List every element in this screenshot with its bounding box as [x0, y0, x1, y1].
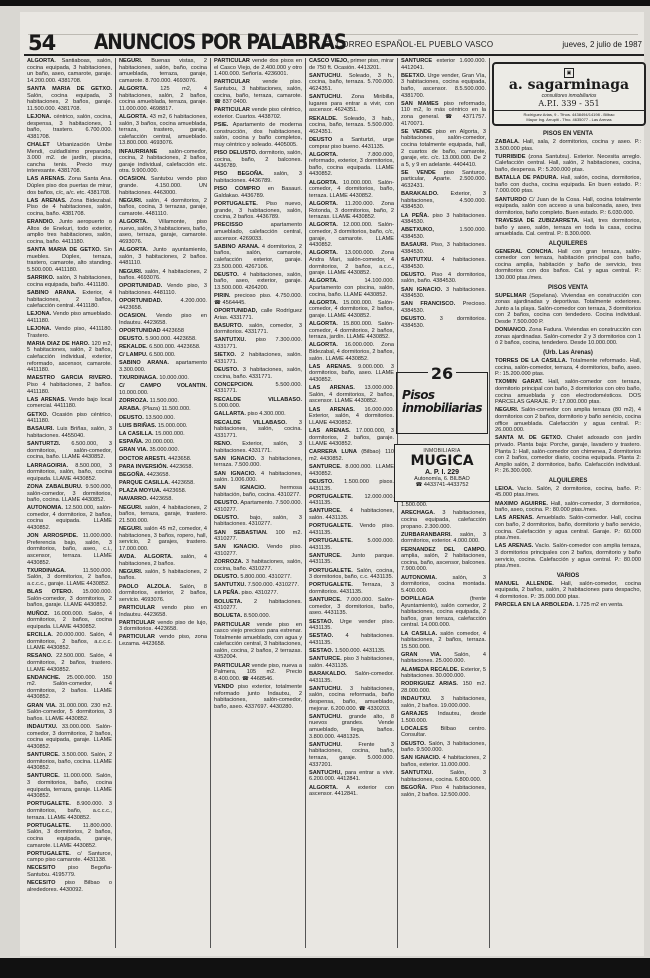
classified-ad: PARTICULAR vende piso, nueva a Palmera, …	[214, 663, 302, 683]
classified-ad: DEUSTO. 3 dormitorios. 4384530.	[401, 316, 486, 329]
classified-ad: CARRERA LUNA (Bilbao) 110 m2. 4430852.	[309, 449, 394, 462]
classified-ad: PARTICULAR vende dos pisos en el Casco V…	[214, 58, 302, 78]
classified-ad: LA CASILLA. salón comedor, 4 habitacione…	[401, 631, 486, 651]
classified-ad: LARRAGOIRIA. 8.500.000, 3 dormitorios, s…	[27, 463, 112, 483]
classified-ad: TXOMIN GARAT. Hall, salón-comedor con te…	[495, 379, 641, 405]
subsection-heading: ALQUILERES	[495, 478, 641, 484]
classified-ad: TXURDINAGA. 10.000.000.	[119, 375, 207, 382]
classified-ad: SARRIKO. salón, 3 habitaciones, cocina e…	[27, 275, 112, 288]
classified-ad: JON ARROSPIDE. 11.000.000. Preferencia b…	[27, 533, 112, 566]
section-number: 26	[397, 364, 487, 383]
classified-ad: LOCALES Bilbao centro. Consultar.	[401, 726, 486, 739]
classified-ad: SABINO ARANA. Exterior, 4 habitaciones, …	[27, 290, 112, 310]
classified-ad: NEGURI. salón, 5 habitaciones, 2 baños.	[119, 569, 207, 582]
classified-ad: ALGORTA. Junto ayuntamiento, salón, 3 ha…	[119, 247, 207, 267]
classified-ad: SAN MAMES piso reformado, 110 m2, lo más…	[401, 101, 486, 127]
sagarminaga-ad-box: ▣ a. sagarminaga consultores inmobiliari…	[492, 62, 646, 126]
classified-ad: LAS ARENAS. Amueblado. Salón-comedor. Ha…	[495, 515, 641, 541]
classified-ad: SABINO ARANA. apartamento 3.300.000.	[119, 360, 207, 373]
classified-ad: PISO COMPRO en Basauri. Galdakao. 443678…	[214, 186, 302, 199]
classified-ad: GALLARTA. piso 4.300.000.	[214, 411, 302, 418]
classified-ad: LUIS BRIÑAS. 15.000.000.	[119, 423, 207, 430]
classified-ad: PLAZA MOYUA. 4423658.	[119, 488, 207, 495]
classified-ad: INDAUTXU. 33.000.000. Salón-comedor, 3 d…	[27, 724, 112, 750]
classified-ad: LA CASILLA. 15.000.000.	[119, 431, 207, 438]
column-4: CASCO VIEJO, primer piso, mirar de 750 f…	[306, 58, 398, 948]
classified-ad: VENDO piso exterior, totalmente reformad…	[214, 684, 302, 710]
classified-ad: CHALET Urbanización Umbe Mendi, cuidadís…	[27, 142, 112, 175]
classified-ad: DEUSTO a Santurtzi, urge comprar piso bu…	[309, 137, 394, 150]
classified-ad: ERANDIO. Junto aeropuerto o Altos de Ene…	[27, 219, 112, 245]
classified-ad: SANTURCE. piso 3 habitaciones, salón. 44…	[309, 656, 394, 669]
classified-ad: DONIANCO. Zona Fadura. Viviendas en cons…	[495, 327, 641, 347]
classified-ad: SANTURCE. Junto parque. 4431135.	[309, 553, 394, 566]
classified-ad: SANTURCE. 3.500.000. Salón, 2 dormitorio…	[27, 752, 112, 772]
classified-ad: PARTICULAR vende piso. Santutxu, 3 habit…	[214, 79, 302, 105]
classified-ad: SAN IGNACIO. Vendo piso. 4310277.	[214, 544, 302, 557]
section-name: Pisos inmobiliarias	[402, 389, 482, 415]
column-5: SANTURCE exterior 1.600.000. 4412041.BEE…	[398, 58, 490, 948]
column-2: NEGURI. Buenas vistas, 2 habitaciones, s…	[116, 58, 211, 948]
classified-ad: NEGURI. Salón-comedor con amplia terraza…	[495, 407, 641, 433]
classified-ad: SAN IGNACIO. 3 habitaciones, terraza. 7.…	[214, 456, 302, 469]
classified-ad: TURRIBIDE (zona Santutxu). Exterior. Nec…	[495, 154, 641, 174]
classified-ad: SANTA M. DE GETXO. Chalet adosado con ja…	[495, 435, 641, 475]
classified-ad: DOCTOR ARESTI. 4423658.	[119, 456, 207, 463]
classified-ad: BOLUETA. 8.500.000.	[214, 613, 302, 620]
classified-ad: LA PEÑA. piso 3 habitaciones. 4384530.	[401, 213, 486, 226]
classified-ad: SANTURCE. 8.000.000. LLAME 4430852.	[309, 464, 394, 477]
classified-ad: SANTA MARIA DE GETXO. Sin muebles. Dúple…	[27, 247, 112, 273]
classified-ad: LAS ARENAS. 17.000.000, 3 dormitorios, 2…	[309, 428, 394, 448]
classified-ad: SANTUCHU, para entrar a vivir. 6.200.000…	[309, 770, 394, 783]
classified-ad: SIETXO. 2 habitaciones, salón. 4331771.	[214, 352, 302, 365]
classified-ad: BEGOÑA. Piso 4 habitaciones, salón, 2 ba…	[401, 785, 486, 798]
classified-ad: ALGORTA. Santiaboas, salón, cocina equip…	[27, 58, 112, 84]
classified-ad: BEGOÑA. 4423658.	[119, 472, 207, 479]
newspaper-name: EL CORREO ESPAÑOL-EL PUEBLO VASCO	[324, 40, 493, 49]
classified-ad: RODRIGUEZ ARIAS. 150 m2. 28.000.000.	[401, 681, 486, 694]
classified-ad: PAOLO ALZOLA. Salón, 8 dormitorios, exte…	[119, 584, 207, 604]
classified-ad: SANTUTXU. 4 habitaciones. 4384530.	[401, 257, 486, 270]
classified-ad: ALGORTA. 10.000.000. Salón-comedor, 4 do…	[309, 180, 394, 200]
classified-ad: ERCILLA. 20.000.000. Salón, 4 dormitorio…	[27, 632, 112, 652]
classified-ad: SAN IGNACIO. 3 habitaciones. 4384530.	[401, 287, 486, 300]
classified-ad: PORTUGALETE. Terraza, 3 dormitorios. 443…	[309, 582, 394, 595]
classified-ad: ABETXUKO, 1.500.000. 4384530.	[401, 227, 486, 240]
classified-ad: SANTURTZI. 6.500.000, 3 dormitorios, sal…	[27, 441, 112, 461]
classified-ad: SAN IGNACIO. hermosa habitación, baño, c…	[214, 485, 302, 498]
classified-ad: SE VENDE piso en Algorta, 3 habitaciones…	[401, 129, 486, 169]
classified-ad: ARECHAGA. 3 habitaciones, cocina equipad…	[401, 510, 486, 530]
classified-ad: PRECISSO apartamento amueblado, calefacc…	[214, 222, 302, 242]
classified-ad: LAS ARENAS. Vendo bajo local comercial. …	[27, 397, 112, 410]
classified-ad: DEUSTO. 5.800.000. 4310277.	[214, 574, 302, 581]
classified-ad: BEETXO. Urge vender, Gran Vía, 3 habitac…	[401, 73, 486, 99]
classified-ad: MUÑOZ. 16.000.000. Salón, 4 dormitorios,…	[27, 611, 112, 631]
classified-ad: LAS ARENAS. Zona Santa Ana. Dúplex piso …	[27, 176, 112, 196]
classified-ad: DEUSTO. 5.900.000. 4423658.	[119, 336, 207, 343]
classified-ad: CONCEPCION. 5.500.000. 4331771.	[214, 382, 302, 395]
classified-ad: SANTUCHU. 3 habitaciones, salón, cocina …	[309, 686, 394, 712]
classified-ad: PORTUGALETE. c/ Santurce, campo piso cam…	[27, 851, 112, 864]
classified-ad: NEGURI. salón, 4 dormitorios, 2 baños, c…	[119, 198, 207, 218]
classified-ad: SANTURCE. 11.000.000. Salón, 3 dormitori…	[27, 773, 112, 799]
classified-ad: NAVARRO. 4423658.	[119, 496, 207, 503]
classified-ad: DEUSTO. bajo, salón, 3 habitaciones. 431…	[214, 515, 302, 528]
classified-ad: SAN IGNACIO. 4 habitaciones, 2 baños, ex…	[401, 755, 486, 768]
phone-number: ☎ 4433741-4433752	[395, 482, 489, 488]
classified-ad: RENO. Exterior, salón, 3 habitaciones. 4…	[214, 441, 302, 454]
classified-ad: TXURDINAGA. 11.500.000. Salón, 3 dormito…	[27, 568, 112, 588]
classified-ad: ALGORTA. 13.000.000. Zona Andra Mari, sa…	[309, 250, 394, 276]
classified-ad: SANTUCHU. Zona Miribilla, lugares para e…	[309, 94, 394, 114]
classified-ad: ALGORTA. 125 m2, 4 habitaciones, salón, …	[119, 86, 207, 112]
classified-ad: ALGORTA. 15.800.000. Salón-comedor, 4 do…	[309, 321, 394, 341]
classified-ad: ALGORTA. 16.000.000. Zona Bidezabal, 4 d…	[309, 342, 394, 362]
classified-ad: SANTURCE exterior 1.600.000. 4412041.	[401, 58, 486, 71]
classified-ad: OCASION. Vendo piso en Indautxu. 4423658…	[119, 313, 207, 326]
mugica-name: MUGICA	[395, 454, 489, 469]
classified-ad: DEUSTO. 3 habitaciones, salón, cocina, b…	[214, 367, 302, 380]
classified-ad: PARA INVERSIÓN. 4423658.	[119, 464, 207, 471]
classified-ad: PARQUE CASILLA. 4423658.	[119, 480, 207, 487]
section-26-box: 26 Pisos inmobiliarias	[396, 372, 488, 434]
classified-ad: DEUSTO. 4 habitaciones, salón, baño, ase…	[214, 272, 302, 292]
classified-ad: DEUSTO. 1.500.000 pisos. 4431135.	[309, 479, 394, 492]
page-header: 54 ANUNCIOS POR PALABRAS EL CORREO ESPAÑ…	[24, 34, 644, 56]
subsection-heading: PISOS VENTA	[495, 285, 641, 291]
scan-bottom-edge	[0, 958, 650, 978]
classified-ad: ZORROZA. 11.500.000.	[119, 398, 207, 405]
classified-ad: MAESTRO GARCIA RIVERO. Piso 4 habitacion…	[27, 375, 112, 395]
classified-ad: PARTICULAR vendo piso de lujo, 3 dormito…	[119, 620, 207, 633]
classified-ad: ALGORTA. 12.000.000. Salón-comedor, 3 do…	[309, 222, 394, 248]
agency-api: A.P.I. 339 - 351	[494, 99, 644, 108]
column-sagarminaga-listings: PISOS EN VENTAZABALA. Hall, sala, 2 dorm…	[492, 128, 644, 948]
classified-ad: AVDA. ALGORTA. salón, 4 habitaciones, 2 …	[119, 554, 207, 567]
classified-ad: BARAKALDO. Exterior, 3 habitaciones, 4.5…	[401, 191, 486, 211]
classified-ad: BASURTO. salón, comedor, 3 dormitorios. …	[214, 323, 302, 336]
classified-ad: ZORROZA. 3 habitaciones, salón, cocina, …	[214, 559, 302, 572]
classified-ad: C/ LAMPU. 6.500.000.	[119, 352, 207, 359]
classified-ad: SANTURCE. 4 habitaciones, salón. 4431135…	[309, 508, 394, 521]
section-title: ANUNCIOS POR PALABRAS	[94, 30, 346, 54]
classified-ad: ZABALA. Hall, sala, 2 dormitorios, cocin…	[495, 139, 641, 152]
classified-ad: DEUSTO. Apartamento. 7.500.000. 4310277.	[214, 500, 302, 513]
classified-ad: PARCELA EN LA ARBOLEDA. 1.725 m2 en vent…	[495, 602, 641, 609]
classified-ad: INDAUTXU. 3 habitaciones, salón, 2 baños…	[401, 696, 486, 709]
classified-ad: ESPAÑA. 20.000.000.	[119, 439, 207, 446]
classified-ad: TRAVESIA DE ZUBIZARRETA. Hall, tres dorm…	[495, 218, 641, 238]
column-3: PARTICULAR vende dos pisos en el Casco V…	[211, 58, 306, 948]
classified-ad: RESANO. 22.500.000. Salón, 4 dormitorios…	[27, 653, 112, 673]
classified-ad: SANTUTXU. 7.500.000. 4310277.	[214, 582, 302, 589]
classified-ad: DEUSTO. Piso 4 dormitorios, salón, baño.…	[401, 272, 486, 285]
issue-date: jueves, 2 julio de 1987	[562, 40, 642, 49]
classified-ad: SESTAO. 1.500.000. 4431135.	[309, 648, 394, 655]
mugica-ad-box: INMOBILIARIA MUGICA A. P. I. 229 Autonom…	[394, 444, 490, 502]
classified-ad: PORTUGALETE. 12.000.000. 4431135.	[309, 494, 394, 507]
subsection-heading: ALQUILERES	[495, 241, 641, 247]
classified-ad: LAS ARENAS. 9.000.000. 3 dormitorios, ba…	[309, 364, 394, 384]
classified-ad: CASCO VIEJO, primer piso, mirar de 750 f…	[309, 58, 394, 71]
classified-ad: NECESITO piso Begoña-Santutxu. 4195779.	[27, 865, 112, 878]
classified-ad: NECESITO piso Bilbao o alrededores. 4430…	[27, 880, 112, 893]
classified-ad: ZONA ZABALBURU. 9.500.000, salón-comedor…	[27, 484, 112, 504]
agency-name: a. sagarminaga	[494, 78, 644, 93]
classified-ad: PISO BEGOÑA. salón, 3 habitaciones. 4436…	[214, 171, 302, 184]
classified-ad: LAS ARENAS. 16.000.000. Exterior, salón,…	[309, 407, 394, 427]
classified-ad: NEGURI. salón, 4 habitaciones, 2 baños. …	[119, 269, 207, 282]
classified-ad: PISO DELUSTO. dormitorio, salón, cocina,…	[214, 150, 302, 170]
classified-ad: PORTUGALETE. Salón, cocina, 3 dormitorio…	[309, 568, 394, 581]
classified-ad: SE VENDE piso Santurce, particular, Apar…	[401, 170, 486, 190]
classified-ad: OPORTUNIDAD, calle Rodríguez Arias. 4331…	[214, 308, 302, 321]
classified-ad: MAXIMO AGUIRRE. Hall, salón-comedor, 3 d…	[495, 501, 641, 514]
classified-ad: OPORTUNIDAD. Vendo piso, 3 habitaciones.…	[119, 283, 207, 296]
subsection-heading: (Urb. Las Arenas)	[495, 350, 641, 356]
classified-ad: BATALLA DE PADURA. Hall, salón, cocina, …	[495, 175, 641, 195]
classified-ad: SANTURDO C/ Juan de la Cosa. Hall, cocin…	[495, 197, 641, 217]
classified-ad: ALGORTA. 7.800.000, reformado, exterior,…	[309, 152, 394, 178]
classified-ad: MARIA DIAZ DE HARO. 120 m2, 5 habitacion…	[27, 341, 112, 374]
classified-ad: GRAN VIA. Salón, 4 habitaciones. 25.000.…	[401, 652, 486, 665]
classified-ad: SANTUTXU. Salón, 3 habitaciones, cocina.…	[401, 770, 486, 783]
classified-ad: LEJONA. céntrico, salón, cocina, despens…	[27, 114, 112, 140]
classified-ad: MANUEL ALLENDE. Hall, salón-comedor, coc…	[495, 581, 641, 601]
classified-ad: SAN IGNACIO. 4 habitaciones, salón. 1.00…	[214, 471, 302, 484]
classified-ad: TORRES DE LA CASILLA. Totalmente reforma…	[495, 358, 641, 378]
column-1: ALGORTA. Santiaboas, salón, cocina equip…	[24, 58, 116, 948]
page-number: 54	[28, 31, 55, 55]
classified-ad: PORTUGALETE. Vendo piso. 4431135.	[309, 523, 394, 536]
classified-ad: REKALDE. Soleado, 3 hab., cocina, baño, …	[309, 116, 394, 136]
classified-ad: SANTUTXU. piso 7.300.000. 4331771.	[214, 337, 302, 350]
classified-ad: SANTUCHU. grande alto, 8 nuevos grandes.…	[309, 714, 394, 740]
classified-ad: AUTONOMIA. 12.500.000, salón-comedor, 4 …	[27, 505, 112, 531]
classified-ad: SANTUCHU. Frente 3 habitaciones, cocina,…	[309, 742, 394, 768]
classified-ad: LEJONA. Vendo piso, 4411180. Trastero.	[27, 326, 112, 339]
classified-ad: DEUSTO. 13.500.000.	[119, 415, 207, 422]
classified-ad: OPORTUNIDAD. 4.200.000. 4423658.	[119, 298, 207, 311]
classified-ad: PARTICULAR vendo piso en Indautxu. 44236…	[119, 605, 207, 618]
classified-ad: ENDANCHE. 25.000.000. 150 m2. Salón-come…	[27, 675, 112, 701]
classified-columns: ALGORTA. Santiaboas, salón, cocina equip…	[24, 58, 644, 950]
classified-ad: REKALDE. 6.500.000. 4423658.	[119, 344, 207, 351]
classified-ad: ARABA. (Plaza) 11.500.000.	[119, 406, 207, 413]
classified-ad: PORTUGALETE. 8.900.000. 3 dormitorios, b…	[27, 801, 112, 821]
classified-ad: INFAURRIANE salón-comedor, cocina, 2 hab…	[119, 149, 207, 175]
classified-ad: PORTUGALETE. 11.800.000. Salón, 3 dormit…	[27, 823, 112, 849]
classified-ad: PSIE. Apartamento de moderna construcció…	[214, 122, 302, 148]
classified-ad: BOLUETA. 2 habitaciones. 4310277.	[214, 599, 302, 612]
classified-ad: GRAN VIA. 31.000.000. 230 m2. Salón-come…	[27, 703, 112, 723]
classified-ad: ALGORTA. A exterior con ascensor. 441284…	[309, 785, 394, 798]
classified-ad: PARTICULAR vendo piso, zona Lezama. 4423…	[119, 634, 207, 647]
classified-ad: PARTICULAR vende piso en casco viejo pre…	[214, 622, 302, 662]
classified-ad: LA PEÑA. piso. 4310277.	[214, 590, 302, 597]
classified-ad: PORTUGALETE. Piso nuevo, grande, 3 habit…	[214, 201, 302, 221]
classified-ad: BASAURI. Luis Briñas, salón, 3 habitacio…	[27, 426, 112, 439]
classified-ad: DEUSTO. Salón, 3 habitaciones, baño. 9.5…	[401, 741, 486, 754]
classified-ad: LEIOA. Vacío. Salón, 2 dormitorios, coci…	[495, 486, 641, 499]
classified-ad: C/ CAMPO VOLANTIN. 10.000.000.	[119, 383, 207, 396]
agency-address: Rodríguez Arias, 9 - Tfnos. 4438494/1419…	[494, 110, 644, 122]
classified-ad: ALGORTA. 11.200.000. Zona Rotonda, 3 dor…	[309, 201, 394, 221]
subsection-heading: VARIOS	[495, 573, 641, 579]
classified-ad: PORTUGALETE. 5.000.000. 4431135.	[309, 538, 394, 551]
classified-ad: GARAJES Indautxu, desde 1.500.000.	[401, 711, 486, 724]
classified-ad: GETXO. Ocasión piso céntrico, 4411180.	[27, 412, 112, 425]
classified-ad: LAS ARENAS. Zona Bidezabal. Piso de 4 ha…	[27, 198, 112, 218]
classified-ad: ALGORTA. Villamonte, piso nuevo, salón, …	[119, 219, 207, 245]
classified-ad: GENERAL CONCHA. Hall con gran terraza, s…	[495, 249, 641, 282]
classified-ad: PIRIN. precioso piso. 4.750.000. ☎ 45644…	[214, 293, 302, 306]
classified-ad: SANTA MARIA DE GETXO. Salón, cocina equi…	[27, 86, 112, 112]
classified-ad: LAS ARENAS. 13.000.000. Salón, 4 dormito…	[309, 385, 394, 405]
classified-ad: GRAN VIA. 35.000.000.	[119, 447, 207, 454]
classified-ad: BASAURI. Piso, 3 habitaciones. 4384530.	[401, 242, 486, 255]
classified-ad: ALGORTA. 14.100.000. Apartamento con pis…	[309, 278, 394, 298]
classified-ad: SAN SEBASTIAN. 100 m2. 4310277.	[214, 530, 302, 543]
classified-ad: ALGORTA. 15.000.000. Salón-comedor, 4 do…	[309, 300, 394, 320]
classified-ad: RECALDE VILLABASO. 5.000.000.	[214, 397, 302, 410]
classified-ad: BLAS OTERO. 15.000.000. Salón-comedor, 3…	[27, 589, 112, 609]
classified-ad: ALAMEDA RECALDE. Exterior, 5 habitacione…	[401, 667, 486, 680]
classified-ad: OCASION. Santutxu vendo piso grande. 4.1…	[119, 176, 207, 196]
classified-ad: RECALDE VILLABASO. 3 habitaciones, salón…	[214, 420, 302, 440]
classified-ad: ZURBARANBARRI. salón, 3 dormitorios, ext…	[401, 532, 486, 545]
classified-ad: SABINO ARANA. 4 dormitorios, 2 baños, sa…	[214, 244, 302, 270]
classified-ad: SESTAO. 4 habitaciones. 4431135.	[309, 633, 394, 646]
classified-ad: SANTURCE. 7.000.000. Salón-comedor, 3 do…	[309, 597, 394, 617]
classified-ad: SAN FRANCISCO. Precioso. 4384530.	[401, 301, 486, 314]
classified-ad: LAS ARENAS. Vacío. Salón-comedor con amp…	[495, 543, 641, 569]
classified-ad: NEGURI. Buenas vistas, 2 habitaciones, s…	[119, 58, 207, 84]
classified-ad: FERNANDEZ DEL CAMPO. amplia, salón, 2 ha…	[401, 547, 486, 573]
classified-ad: BARAKALDO. Salón-comedor. 4431135.	[309, 671, 394, 684]
subsection-heading: PISOS EN VENTA	[495, 131, 641, 137]
classified-ad: OPORTUNIDAD 4423658	[119, 328, 207, 335]
classified-ad: SESTAO. Urge vender piso. 4431135.	[309, 619, 394, 632]
classified-ad: DOPILLAGA (frente Ayuntamiento), salón c…	[401, 596, 486, 629]
classified-ad: LEJONA. Vendo piso amueblado. 4411180.	[27, 311, 112, 324]
scan-top-edge	[0, 0, 650, 6]
classified-ad: NEGURI. salón, 4 habitaciones, 2 baños, …	[119, 505, 207, 525]
classified-ad: AUTONOMIA. salón, 3 dormitorios, cocina …	[401, 575, 486, 595]
classified-ad: SUPELMAR (Sopelana). Viviendas en constr…	[495, 293, 641, 326]
classified-ad: SANTUCHU. Soleado, 3 h., cocina, baño, t…	[309, 73, 394, 93]
classified-ad: NEGURI. salón 45 m2, comedor, 4 habitaci…	[119, 526, 207, 552]
classified-ad: ALGORTA. 43 m2, 6 habitaciones, salón, 3…	[119, 114, 207, 147]
classified-ad: PARTICULAR vende piso céntrico, exterior…	[214, 107, 302, 120]
